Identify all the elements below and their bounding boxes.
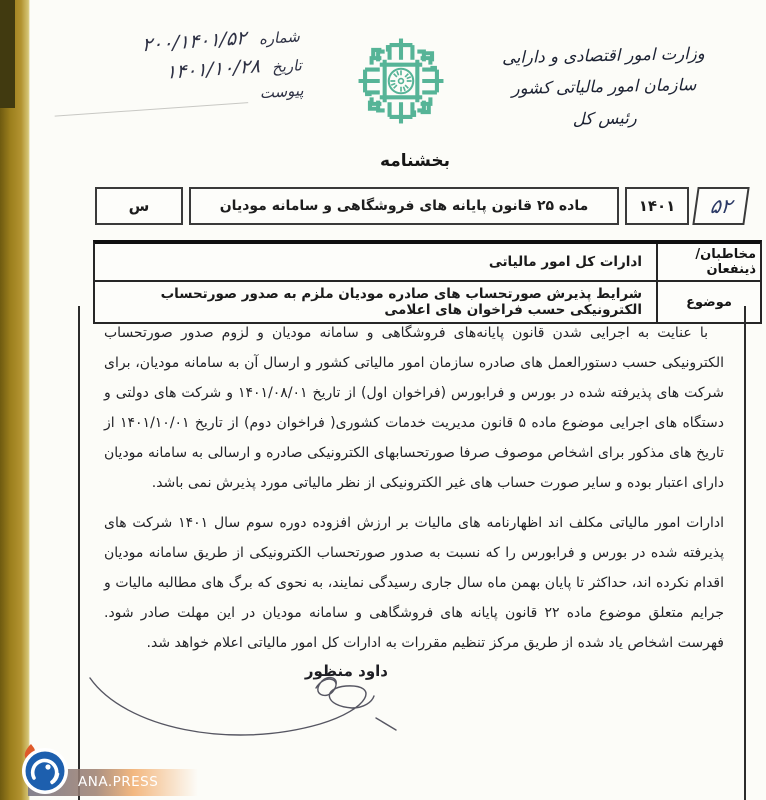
- stamp-date-value: ۱۴۰۱/۱۰/۲۸: [165, 55, 260, 84]
- classification-year-cell: ۱۴۰۱: [625, 187, 689, 225]
- scan-edge-strip: [0, 0, 30, 800]
- ministry-line-3: رئیس کل: [468, 100, 741, 137]
- addressees-label: مخاطبان/ذینفعان: [656, 244, 760, 280]
- scanned-circular-document: شماره ۲۰۰/۱۴۰۱/۵۲ تاریخ ۱۴۰۱/۱۰/۲۸ پیوست: [0, 0, 766, 800]
- body-paragraph-1: با عنایت به اجرایی شدن قانون پایانه‌های …: [104, 318, 724, 498]
- ana-logo-svg: [19, 742, 71, 796]
- classification-reference-cell: ماده ۲۵ قانون پایانه های فروشگاهی و ساما…: [189, 187, 619, 225]
- signature-block: داود منظور: [80, 648, 450, 768]
- ana-news-logo-icon: [19, 742, 71, 796]
- signatory-name: داود منظور: [305, 662, 388, 680]
- tax-administration-logo-icon: [352, 30, 450, 132]
- classification-row: ۵۲ ۱۴۰۱ ماده ۲۵ قانون پایانه های فروشگاه…: [95, 187, 747, 225]
- stamp-date-label: تاریخ: [271, 56, 302, 76]
- signature-scribble-icon: [80, 648, 450, 768]
- addressees-value: ادارات کل امور مالیاتی: [95, 244, 656, 280]
- tax-logo-svg: [352, 30, 450, 132]
- stamp-attachment-blank-line: [53, 86, 248, 117]
- stamp-attachment-label: پیوست: [259, 81, 304, 102]
- ana-press-label: ANA.PRESS: [78, 774, 158, 790]
- handwritten-stamp: شماره ۲۰۰/۱۴۰۱/۵۲ تاریخ ۱۴۰۱/۱۰/۲۸ پیوست: [49, 23, 304, 123]
- stamp-number-value: ۲۰۰/۱۴۰۱/۵۲: [142, 27, 247, 56]
- ministry-letterhead: وزارت امور اقتصادی و دارایی سازمان امور …: [467, 37, 741, 137]
- classification-serial-cell: ۵۲: [692, 187, 749, 225]
- table-row-addressees: مخاطبان/ذینفعان ادارات کل امور مالیاتی: [95, 244, 760, 280]
- classification-category-cell: س: [95, 187, 183, 225]
- ministry-line-1: وزارت امور اقتصادی و دارایی: [467, 37, 740, 74]
- scan-edge-shadow: [0, 0, 15, 108]
- body-paragraph-2: ادارات امور مالیاتی مکلف اند اظهارنامه ه…: [104, 508, 724, 658]
- document-type-title: بخشنامه: [330, 151, 500, 171]
- stamp-number-label: شماره: [258, 27, 300, 48]
